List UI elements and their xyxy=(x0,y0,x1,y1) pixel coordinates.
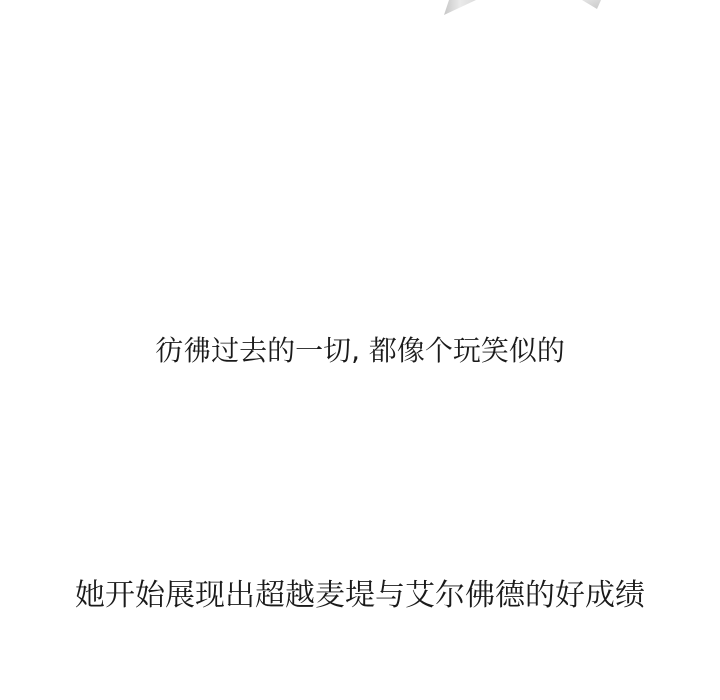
webtoon-page: 彷彿过去的一切, 都像个玩笑似的 她开始展现出超越麦堤与艾尔佛德的好成绩 xyxy=(0,0,720,700)
burst-tip-left-icon xyxy=(444,0,476,15)
narration-line-1: 彷彿过去的一切, 都像个玩笑似的 xyxy=(0,336,720,366)
starburst-fragment xyxy=(0,0,720,24)
burst-tip-right-icon xyxy=(582,0,601,9)
narration-line-2: 她开始展现出超越麦堤与艾尔佛德的好成绩 xyxy=(0,580,720,612)
